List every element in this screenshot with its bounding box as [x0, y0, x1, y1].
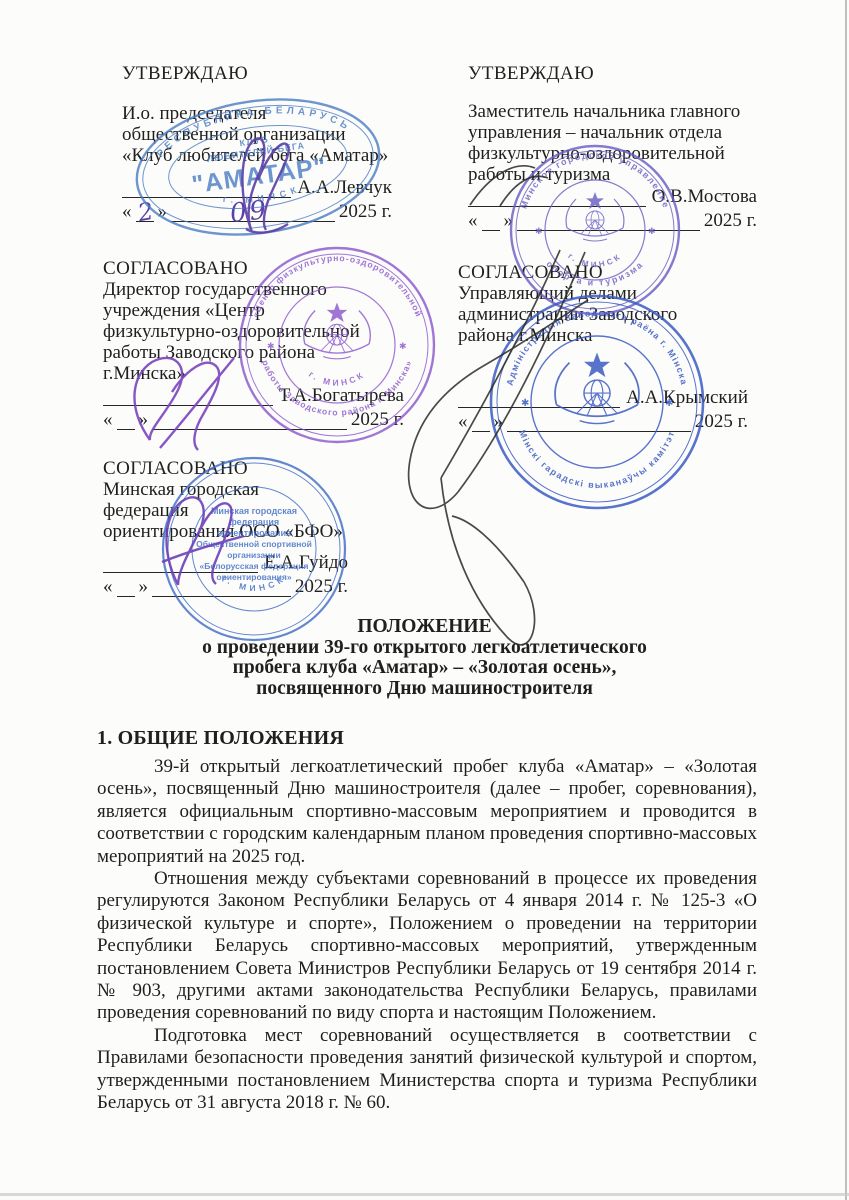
approval-line: Директор государственного	[103, 279, 404, 300]
approval-line: И.о. председателя	[122, 103, 392, 124]
date-row: « » 2025 г.	[103, 407, 404, 430]
handwritten-day: 2	[136, 199, 155, 225]
paragraph: Подготовка мест соревнований осуществляе…	[97, 1025, 757, 1115]
approval-line: Управляющий делами	[458, 283, 748, 304]
approval-heading: СОГЛАСОВАНО	[103, 258, 404, 279]
approval-line: работы Заводского района	[103, 342, 404, 363]
title-line: ПОЛОЖЕНИЕ	[0, 617, 849, 638]
quote-close: »	[158, 201, 168, 222]
signatory-name: Т.А.Богатырева	[279, 385, 404, 406]
date-row: « 2 » 09 2025 г.	[122, 199, 392, 222]
signature-line	[468, 188, 646, 207]
paragraph: 39-й открытый легкоатлетический пробег к…	[97, 756, 757, 868]
approval-line: администрации Заводского	[458, 304, 748, 325]
approval-line: Заместитель начальника главного	[468, 101, 757, 122]
signatory-name: А.А.Левчук	[297, 177, 392, 198]
signature-row: Т.А.Богатырева	[103, 384, 404, 406]
stamp-ring-text: Мінскі гарадскі выканаўчы камітэт	[517, 429, 677, 490]
approval-block-mostova: УТВЕРЖДАЮ Заместитель начальника главног…	[468, 63, 757, 231]
quote-close: »	[139, 409, 149, 430]
svg-text:Мінскі гарадскі выканаўчы камі: Мінскі гарадскі выканаўчы камітэт	[517, 429, 677, 490]
signature-row: А.А.Левчук	[122, 176, 392, 198]
quote-open: «	[468, 210, 478, 231]
title-line: о проведении 39-го открытого легкоатлети…	[0, 638, 849, 659]
date-row: « » 2025 г.	[458, 409, 748, 432]
quote-open: «	[458, 411, 468, 432]
date-month-line: 09	[171, 203, 335, 222]
signature-row: О.В.Мостова	[468, 185, 757, 207]
date-day-line	[117, 578, 135, 597]
approval-line: района г.Минска	[458, 325, 748, 346]
approval-line: Минская городская федерация	[103, 479, 348, 521]
approval-heading: СОГЛАСОВАНО	[458, 262, 748, 283]
approval-block-guido: СОГЛАСОВАНО Минская городская федерация …	[103, 458, 348, 597]
quote-open: «	[103, 409, 113, 430]
year-label: 2025 г.	[704, 210, 757, 231]
date-month-line	[507, 413, 691, 432]
date-row: « » 2025 г.	[468, 208, 757, 231]
quote-close: »	[139, 576, 149, 597]
quote-open: «	[103, 576, 113, 597]
approval-line: физкультурно-оздоровительной	[468, 143, 757, 164]
signatory-name: О.В.Мостова	[652, 186, 757, 207]
approval-line: управления – начальник отдела	[468, 122, 757, 143]
approval-block-bogatyreva: СОГЛАСОВАНО Директор государственного уч…	[103, 258, 404, 430]
approval-line: работы и туризма	[468, 164, 757, 185]
scan-edge-right	[845, 0, 847, 1200]
document-title: ПОЛОЖЕНИЕ о проведении 39-го открытого л…	[0, 617, 849, 699]
year-label: 2025 г.	[695, 411, 748, 432]
approval-heading: УТВЕРЖДАЮ	[122, 63, 392, 84]
date-month-line	[152, 578, 291, 597]
quote-open: «	[122, 201, 132, 222]
signatory-name: А.А.Крымский	[626, 387, 748, 408]
section-body: 39-й открытый легкоатлетический пробег к…	[97, 756, 757, 1115]
signature-line	[458, 389, 620, 408]
date-day-line: 2	[136, 203, 154, 222]
signature-row: Е.А.Гуйдо	[103, 551, 348, 573]
date-day-line	[117, 411, 135, 430]
title-line: пробега клуба «Аматар» – «Золотая осень»…	[0, 658, 849, 679]
scan-edge-bottom	[0, 1193, 849, 1196]
approval-line: общественной организации	[122, 124, 392, 145]
approval-line: г.Минска»	[103, 363, 404, 384]
approval-line: физкультурно-оздоровительной	[103, 321, 404, 342]
date-month-line	[517, 212, 700, 231]
approval-line: ориентирования ОСО «БФО»	[103, 521, 348, 542]
year-label: 2025 г.	[295, 576, 348, 597]
year-label: 2025 г.	[351, 409, 404, 430]
handwritten-month: 09	[229, 197, 271, 227]
scanned-document-page: УТВЕРЖДАЮ И.о. председателя общественной…	[0, 0, 849, 1200]
approval-line: учреждения «Центр	[103, 300, 404, 321]
date-month-line	[152, 411, 347, 430]
signatory-name: Е.А.Гуйдо	[264, 552, 348, 573]
approval-heading: УТВЕРЖДАЮ	[468, 63, 757, 84]
approval-line: «Клуб любителей бега «Аматар»	[122, 145, 392, 166]
approval-block-levchuk: УТВЕРЖДАЮ И.о. председателя общественной…	[122, 63, 392, 222]
year-label: 2025 г.	[339, 201, 392, 222]
signature-line	[103, 554, 258, 573]
date-row: « » 2025 г.	[103, 574, 348, 597]
quote-close: »	[494, 411, 504, 432]
title-line: посвященного Дню машиностроителя	[0, 679, 849, 700]
approval-heading: СОГЛАСОВАНО	[103, 458, 348, 479]
date-day-line	[482, 212, 500, 231]
section-heading: 1. ОБЩИЕ ПОЛОЖЕНИЯ	[97, 727, 344, 750]
approval-block-krymsky: СОГЛАСОВАНО Управляющий делами администр…	[458, 262, 748, 432]
signature-row: А.А.Крымский	[458, 386, 748, 408]
paragraph: Отношения между субъектами соревнований …	[97, 868, 757, 1025]
signature-line	[103, 387, 273, 406]
date-day-line	[472, 413, 490, 432]
quote-close: »	[504, 210, 514, 231]
